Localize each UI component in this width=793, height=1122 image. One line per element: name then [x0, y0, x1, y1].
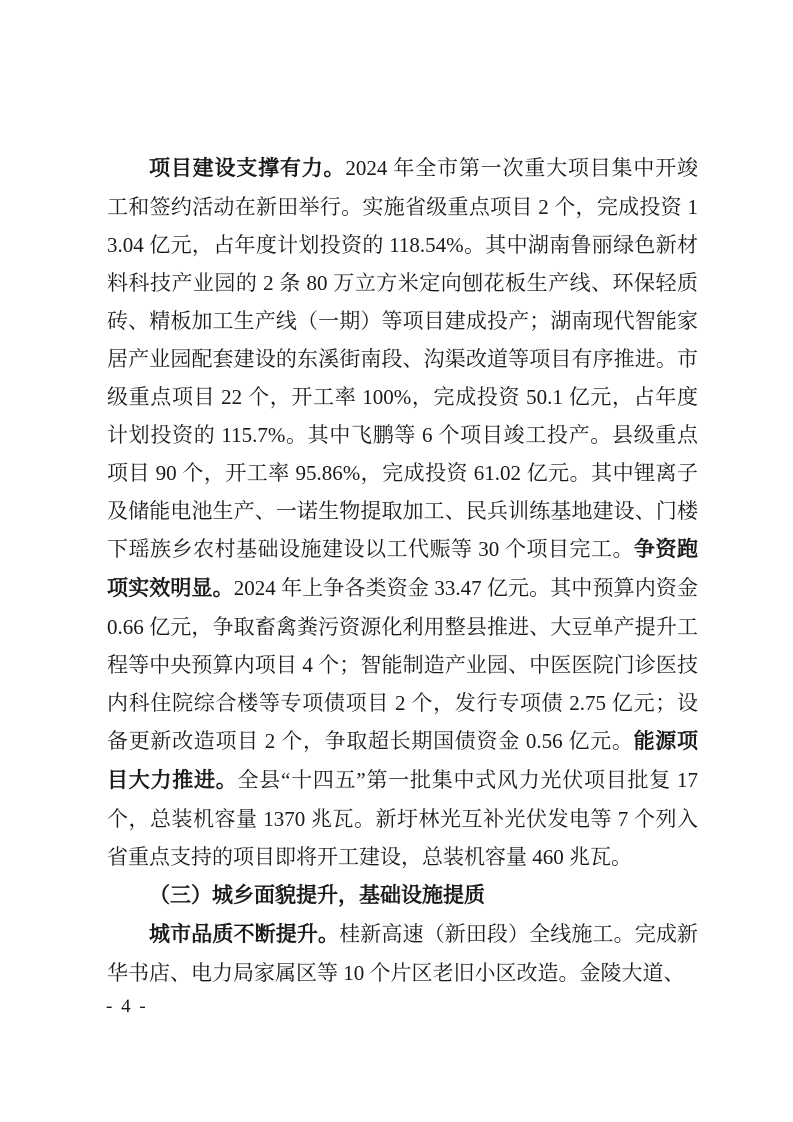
document-body: 项目建设支撑有力。2024 年全市第一次重大项目集中开竣工和签约活动在新田举行。…: [107, 149, 698, 992]
paragraph-urban-quality: 城市品质不断提升。桂新高速（新田段）全线施工。完成新华书店、电力局家属区等 10…: [107, 915, 698, 992]
page-number: - 4 -: [106, 996, 148, 1018]
text-segment: 2024 年全市第一次重大项目集中开竣工和签约活动在新田举行。实施省级重点项目 …: [107, 156, 698, 561]
bold-lead-in: （三）城乡面貌提升，基础设施提质: [149, 884, 485, 907]
text-segment: 2024 年上争各类资金 33.47 亿元。其中预算内资金 0.66 亿元，争取…: [107, 576, 698, 753]
bold-lead-in: 项目建设支撑有力。: [149, 157, 345, 180]
paragraph-project-construction: 项目建设支撑有力。2024 年全市第一次重大项目集中开竣工和签约活动在新田举行。…: [107, 149, 698, 876]
section-heading-3: （三）城乡面貌提升，基础设施提质: [107, 876, 698, 915]
document-page: 项目建设支撑有力。2024 年全市第一次重大项目集中开竣工和签约活动在新田举行。…: [0, 0, 793, 1122]
bold-lead-in: 城市品质不断提升。: [149, 923, 339, 946]
